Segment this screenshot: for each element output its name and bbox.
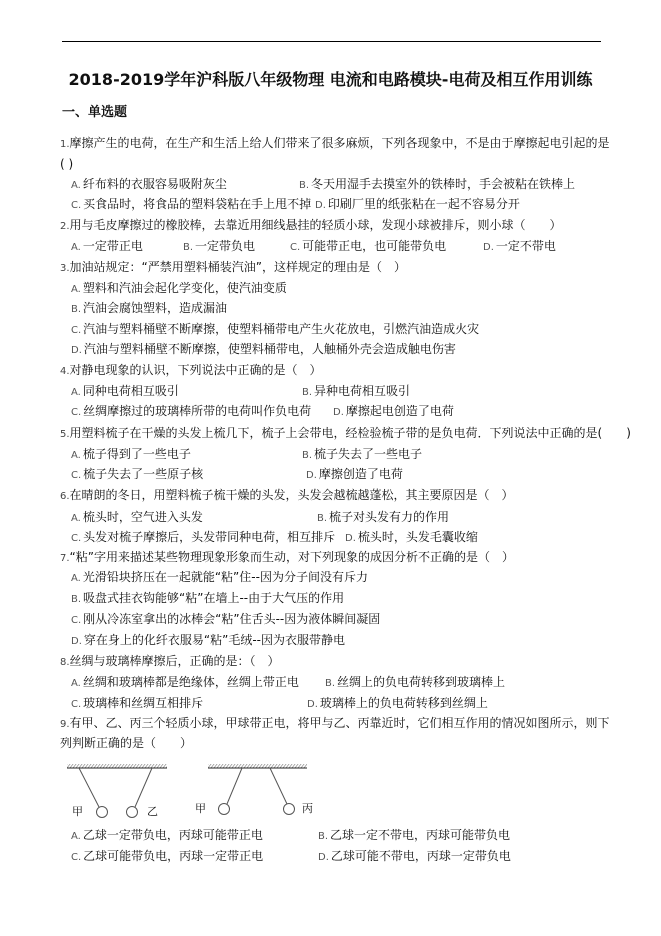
label-jia-left: 甲 <box>72 806 83 818</box>
label-bing: 丙 <box>302 803 313 815</box>
figure-right-jia-bing <box>208 764 307 815</box>
question-9-option-d[interactable]: D.乙球可能不带电，丙球一定带负电 <box>318 849 511 865</box>
question-9-option-b[interactable]: B.乙球一定不带电，丙球可能带负电 <box>318 828 510 844</box>
label-jia-right: 甲 <box>195 803 206 815</box>
label-yi: 乙 <box>147 806 158 818</box>
question-9-option-c[interactable]: C.乙球可能带负电，丙球一定带正电 <box>71 849 263 865</box>
question-9-option-a[interactable]: A.乙球一定带负电，丙球可能带正电 <box>71 828 263 844</box>
pendulum-figure <box>0 0 661 936</box>
